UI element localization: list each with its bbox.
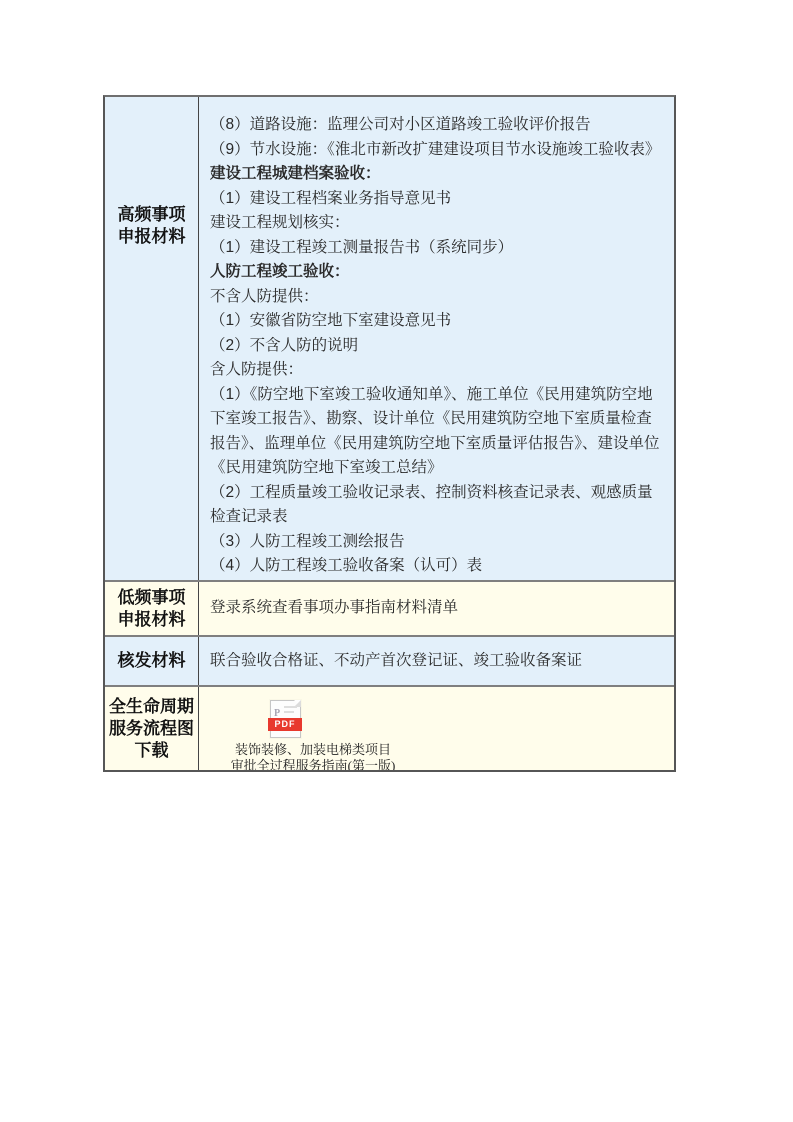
row-header-line: 全生命周期 [109, 696, 194, 718]
material-item: （2）工程质量竣工验收记录表、控制资料核查记录表、观感质量检查记录表 [210, 481, 662, 530]
table-row-issued-materials: 核发材料 联合验收合格证、不动产首次登记证、竣工验收备案证 [105, 635, 674, 685]
material-item: （2）不含人防的说明 [210, 334, 662, 359]
material-section-title: 人防工程竣工验收： [210, 260, 662, 285]
material-item: （1）建设工程档案业务指导意见书 [210, 187, 662, 212]
material-item: （8）道路设施：监理公司对小区道路竣工验收评价报告 [210, 113, 662, 138]
document-page: { "colors": { "row_blue": "#e3f0fa", "ro… [0, 0, 793, 1122]
material-item: （3）人防工程竣工测绘报告 [210, 530, 662, 555]
pdf-page-textline [284, 706, 297, 708]
table-row-lifecycle-flowchart-download: 全生命周期 服务流程图 下载 P PDF 装饰装修、加装电梯类项目 审批全过程服… [105, 685, 674, 770]
pdf-badge: PDF [268, 718, 302, 731]
attachment-caption: 装饰装修、加装电梯类项目 审批全过程服务指南(第一版) [210, 742, 416, 770]
material-section-title: 建设工程规划核实： [210, 211, 662, 236]
material-item: （1）建设工程竣工测量报告书（系统同步） [210, 236, 662, 261]
row-header-issued-materials: 核发材料 [105, 637, 199, 685]
attachment-caption-line: 装饰装修、加装电梯类项目 [210, 742, 416, 758]
low-frequency-materials-text: 登录系统查看事项办事指南材料清单 [199, 582, 674, 635]
material-item: （4）人防工程竣工验收备案（认可）表 [210, 554, 662, 579]
pdf-page-textline [284, 711, 294, 713]
material-item: （1）安徽省防空地下室建设意见书 [210, 309, 662, 334]
material-item: （1）《防空地下室竣工验收通知单》、施工单位《民用建筑防空地下室竣工报告》、勘察… [210, 383, 662, 481]
row-header-line: 申报材料 [118, 226, 186, 248]
approval-materials-table: 高频事项 申报材料 （8）道路设施：监理公司对小区道路竣工验收评价报告 （9）节… [103, 95, 676, 772]
material-subsection-title: 含人防提供： [210, 358, 662, 383]
flowchart-attachment-cell: P PDF 装饰装修、加装电梯类项目 审批全过程服务指南(第一版) [199, 687, 674, 770]
table-row-low-frequency-materials: 低频事项 申报材料 登录系统查看事项办事指南材料清单 [105, 580, 674, 635]
high-frequency-materials-list: （8）道路设施：监理公司对小区道路竣工验收评价报告 （9）节水设施：《淮北市新改… [199, 97, 674, 580]
row-header-line: 高频事项 [118, 204, 186, 226]
material-subsection-title: 不含人防提供： [210, 285, 662, 310]
cell-text: 登录系统查看事项办事指南材料清单 [210, 596, 458, 621]
issued-materials-text: 联合验收合格证、不动产首次登记证、竣工验收备案证 [199, 637, 674, 685]
row-header-line: 核发材料 [118, 650, 186, 672]
attachment-caption-line: 审批全过程服务指南(第一版) [210, 758, 416, 770]
pdf-file-icon[interactable]: P PDF [270, 700, 301, 738]
row-header-low-frequency: 低频事项 申报材料 [105, 582, 199, 635]
row-header-line: 服务流程图 [109, 718, 194, 740]
table-row-high-frequency-materials: 高频事项 申报材料 （8）道路设施：监理公司对小区道路竣工验收评价报告 （9）节… [105, 97, 674, 580]
row-header-line: 低频事项 [118, 587, 186, 609]
pdf-attachment[interactable]: P PDF 装饰装修、加装电梯类项目 审批全过程服务指南(第一版) [210, 700, 416, 770]
row-header-high-frequency: 高频事项 申报材料 [105, 97, 199, 580]
row-header-line: 下载 [135, 740, 169, 762]
material-section-title: 建设工程城建档案验收： [210, 162, 662, 187]
row-header-lifecycle-download: 全生命周期 服务流程图 下载 [105, 687, 199, 770]
material-item: （9）节水设施：《淮北市新改扩建建设项目节水设施竣工验收表》 [210, 138, 662, 163]
cell-text: 联合验收合格证、不动产首次登记证、竣工验收备案证 [210, 649, 582, 674]
row-header-line: 申报材料 [118, 609, 186, 631]
